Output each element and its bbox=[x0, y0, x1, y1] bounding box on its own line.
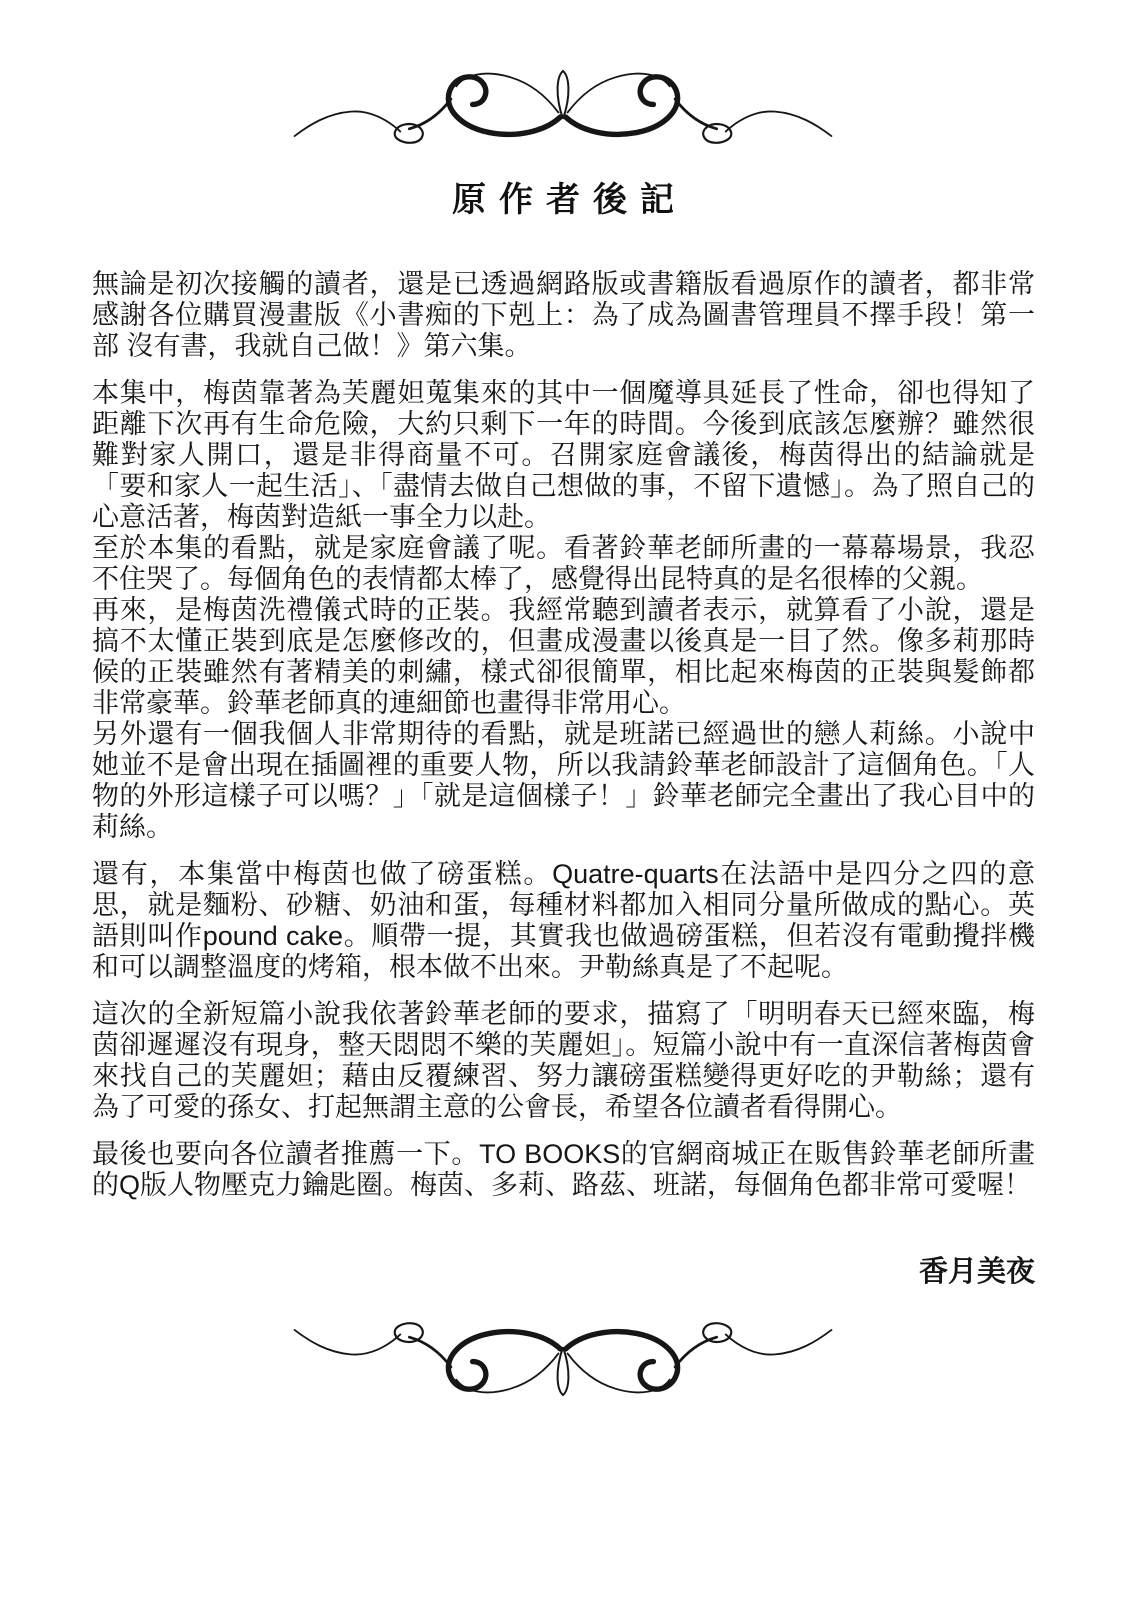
paragraph: 還有，本集當中梅茵也做了磅蛋糕。Quatre-quarts在法語中是四分之四的意… bbox=[92, 859, 1035, 983]
paragraph: 本集中，梅茵靠著為芙麗妲蒐集來的其中一個魔導具延長了性命，卻也得知了距離下次再有… bbox=[92, 378, 1035, 533]
paragraph: 無論是初次接觸的讀者，還是已透過網路版或書籍版看過原作的讀者，都非常感謝各位購買… bbox=[92, 269, 1035, 362]
paragraph-block: 最後也要向各位讀者推薦一下。TO BOOKS的官網商城正在販售鈴華老師所畫的Q版… bbox=[92, 1139, 1035, 1201]
paragraph: 另外還有一個我個人非常期待的看點，就是班諾已經過世的戀人莉絲。小說中她並不是會出… bbox=[92, 719, 1035, 843]
paragraph: 最後也要向各位讀者推薦一下。TO BOOKS的官網商城正在販售鈴華老師所畫的Q版… bbox=[92, 1139, 1035, 1201]
afterword-body: 無論是初次接觸的讀者，還是已透過網路版或書籍版看過原作的讀者，都非常感謝各位購買… bbox=[92, 269, 1035, 1201]
author-signature: 香月美夜 bbox=[92, 1249, 1035, 1290]
paragraph-block: 本集中，梅茵靠著為芙麗妲蒐集來的其中一個魔導具延長了性命，卻也得知了距離下次再有… bbox=[92, 378, 1035, 843]
paragraph: 再來，是梅茵洗禮儀式時的正裝。我經常聽到讀者表示，就算看了小說，還是搞不太懂正裝… bbox=[92, 595, 1035, 719]
paragraph-block: 無論是初次接觸的讀者，還是已透過網路版或書籍版看過原作的讀者，都非常感謝各位購買… bbox=[92, 269, 1035, 362]
paragraph-block: 還有，本集當中梅茵也做了磅蛋糕。Quatre-quarts在法語中是四分之四的意… bbox=[92, 859, 1035, 983]
calligraphic-divider-top-icon bbox=[277, 52, 849, 146]
paragraph: 至於本集的看點，就是家庭會議了呢。看著鈴華老師所畫的一幕幕場景，我忍不住哭了。每… bbox=[92, 533, 1035, 595]
paragraph-block: 這次的全新短篇小說我依著鈴華老師的要求，描寫了「明明春天已經來臨，梅茵卻遲遲沒有… bbox=[92, 999, 1035, 1123]
page-title: 原作者後記 bbox=[0, 172, 1126, 221]
calligraphic-divider-bottom-icon bbox=[277, 1320, 849, 1414]
paragraph: 這次的全新短篇小說我依著鈴華老師的要求，描寫了「明明春天已經來臨，梅茵卻遲遲沒有… bbox=[92, 999, 1035, 1123]
afterword-page: 原作者後記 無論是初次接觸的讀者，還是已透過網路版或書籍版看過原作的讀者，都非常… bbox=[0, 0, 1126, 1600]
